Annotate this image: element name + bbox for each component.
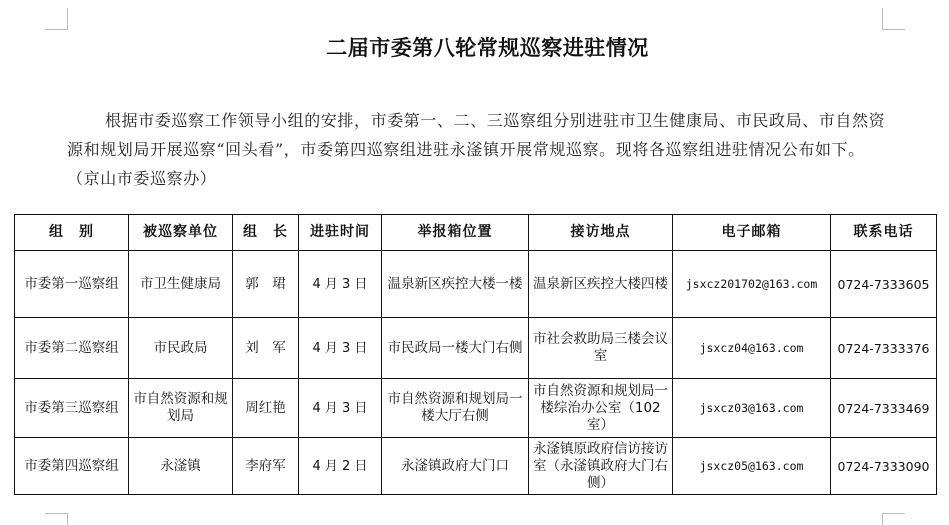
cell-leader: 李府军	[233, 438, 299, 495]
table-row: 市委第四巡察组 永滏镇 李府军 4 月 2 日 永滏镇政府大门口 永滏镇原政府信…	[15, 438, 937, 495]
inspection-table: 组 别 被巡察单位 组 长 进驻时间 举报箱位置 接访地点 电子邮箱 联系电话 …	[14, 214, 937, 495]
cell-unit: 市自然资源和规划局	[129, 379, 233, 438]
page-corner-mark-top-left	[45, 8, 68, 30]
cell-reception: 温泉新区疾控大楼四楼	[529, 251, 673, 318]
page-corner-mark-bottom-left	[45, 513, 68, 525]
cell-box-location: 市民政局一楼大门右侧	[382, 318, 529, 379]
cell-phone: 0724-7333605	[831, 251, 937, 318]
cell-group: 市委第三巡察组	[15, 379, 129, 438]
page-corner-mark-bottom-right	[882, 513, 905, 525]
table-row: 市委第一巡察组 市卫生健康局 郭 珺 4 月 3 日 温泉新区疾控大楼一楼 温泉…	[15, 251, 937, 318]
cell-box-location: 温泉新区疾控大楼一楼	[382, 251, 529, 318]
cell-email: jsxcz03@163.com	[673, 379, 831, 438]
cell-box-location: 永滏镇政府大门口	[382, 438, 529, 495]
cell-leader: 刘 军	[233, 318, 299, 379]
cell-date: 4 月 3 日	[299, 251, 382, 318]
cell-date: 4 月 3 日	[299, 318, 382, 379]
header-box-location: 举报箱位置	[382, 215, 529, 251]
cell-group: 市委第四巡察组	[15, 438, 129, 495]
cell-email: jsxcz201702@163.com	[673, 251, 831, 318]
cell-date: 4 月 3 日	[299, 379, 382, 438]
cell-email: jsxcz04@163.com	[673, 318, 831, 379]
cell-email: jsxcz05@163.com	[673, 438, 831, 495]
cell-group: 市委第二巡察组	[15, 318, 129, 379]
cell-leader: 郭 珺	[233, 251, 299, 318]
header-email: 电子邮箱	[673, 215, 831, 251]
header-leader: 组 长	[233, 215, 299, 251]
cell-leader: 周红艳	[233, 379, 299, 438]
header-phone: 联系电话	[831, 215, 937, 251]
cell-group: 市委第一巡察组	[15, 251, 129, 318]
intro-paragraph: 根据市委巡察工作领导小组的安排，市委第一、二、三巡察组分别进驻市卫生健康局、市民…	[67, 106, 887, 193]
cell-box-location: 市自然资源和规划局一楼大厅右侧	[382, 379, 529, 438]
header-reception: 接访地点	[529, 215, 673, 251]
table-row: 市委第二巡察组 市民政局 刘 军 4 月 3 日 市民政局一楼大门右侧 市社会救…	[15, 318, 937, 379]
header-unit: 被巡察单位	[129, 215, 233, 251]
document-title: 二届市委第八轮常规巡察进驻情况	[0, 32, 949, 62]
cell-unit: 永滏镇	[129, 438, 233, 495]
cell-reception: 市社会救助局三楼会议室	[529, 318, 673, 379]
cell-phone: 0724-7333090	[831, 438, 937, 495]
cell-phone: 0724-7333376	[831, 318, 937, 379]
cell-unit: 市卫生健康局	[129, 251, 233, 318]
header-group: 组 别	[15, 215, 129, 251]
cell-reception: 永滏镇原政府信访接访室（永滏镇政府大门右侧）	[529, 438, 673, 495]
table-row: 市委第三巡察组 市自然资源和规划局 周红艳 4 月 3 日 市自然资源和规划局一…	[15, 379, 937, 438]
cell-reception: 市自然资源和规划局一楼综治办公室（102 室）	[529, 379, 673, 438]
page-corner-mark-top-right	[882, 8, 905, 30]
table-header-row: 组 别 被巡察单位 组 长 进驻时间 举报箱位置 接访地点 电子邮箱 联系电话	[15, 215, 937, 251]
cell-date: 4 月 2 日	[299, 438, 382, 495]
cell-phone: 0724-7333469	[831, 379, 937, 438]
cell-unit: 市民政局	[129, 318, 233, 379]
header-date: 进驻时间	[299, 215, 382, 251]
